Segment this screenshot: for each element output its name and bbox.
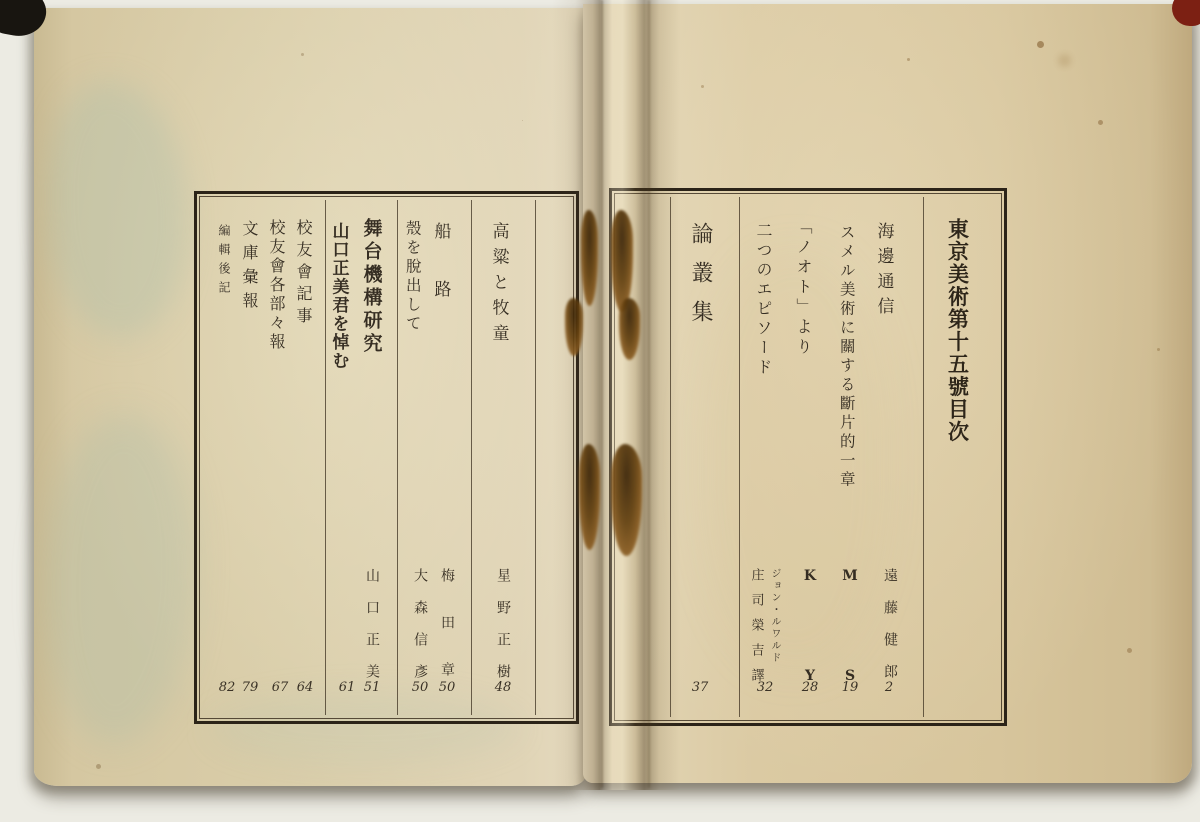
column-rule — [471, 200, 472, 715]
toc-entry-title: 校友會記事 — [295, 219, 311, 329]
toc-entry-author: 遠藤健郎 — [883, 568, 897, 696]
toc-entry-title: 編輯後記 — [218, 224, 230, 300]
toc-section-title: 論叢集 — [689, 222, 711, 339]
toc-entry-translator: 庄司榮吉譯 — [750, 568, 763, 693]
toc-entry-page-number: 48 — [495, 681, 512, 694]
toc-entry-author: 山口正美 — [365, 568, 379, 696]
toc-entry-author: 星野正樹 — [496, 568, 510, 696]
toc-main-title: 東京美術第十五號目次 — [948, 218, 969, 443]
toc-entry-title: 殼を脫出して — [404, 220, 420, 334]
toc-entry-title: 高粱と牧童 — [490, 222, 507, 350]
toc-entry-author: ジョン・ルワルド — [769, 568, 779, 664]
toc-entry-page-number: 19 — [842, 681, 859, 694]
toc-entry-title: 「ノオト」より — [795, 218, 811, 358]
toc-entry-title: 海邊通信 — [875, 222, 892, 322]
column-rule — [535, 200, 536, 715]
column-rule — [923, 197, 924, 717]
toc-entry-title: スメル美術に關する斷片的一章 — [838, 224, 854, 490]
toc-entry-title: 山口正美君を悼む — [330, 222, 347, 370]
toc-entry-page-number: 61 — [339, 681, 356, 694]
fold-crease — [601, 0, 603, 788]
scanned-book-spread: 東京美術第十五號目次 海邊通信 遠藤健郎 2 スメル美術に關する斷片的一章 M … — [0, 0, 1200, 822]
toc-entry-page-number: 82 — [219, 681, 236, 694]
toc-entry-page-number: 32 — [757, 681, 774, 694]
toc-entry-title: 舞台機構研究 — [362, 218, 381, 356]
toc-entry-title: 文庫彙報 — [241, 220, 257, 316]
toc-entry-title: 校友會各部々報 — [268, 219, 284, 352]
center-gutter-fold — [552, 0, 680, 790]
toc-entry-title: 二つのエピソード — [755, 222, 771, 378]
toc-entry-page-number: 28 — [802, 681, 819, 694]
toc-entry-page-number: 79 — [242, 681, 259, 694]
toc-entry-author: K Y — [803, 568, 817, 718]
toc-entry-page-number: 51 — [364, 681, 381, 694]
toc-entry-page-number: 67 — [272, 681, 289, 694]
column-rule — [325, 200, 326, 715]
toc-entry-page-number: 50 — [439, 681, 456, 694]
toc-entry-author: 大森信彥 — [413, 568, 427, 696]
toc-entry-page-number: 2 — [885, 681, 893, 694]
toc-entry-page-number: 37 — [692, 681, 709, 694]
column-rule — [397, 200, 398, 715]
toc-entry-author: M S — [843, 568, 857, 718]
toc-entry-page-number: 64 — [297, 681, 314, 694]
toc-entry-page-number: 50 — [412, 681, 429, 694]
column-rule — [739, 197, 740, 717]
toc-entry-title: 船路 — [432, 222, 449, 338]
fold-crease — [648, 0, 650, 788]
